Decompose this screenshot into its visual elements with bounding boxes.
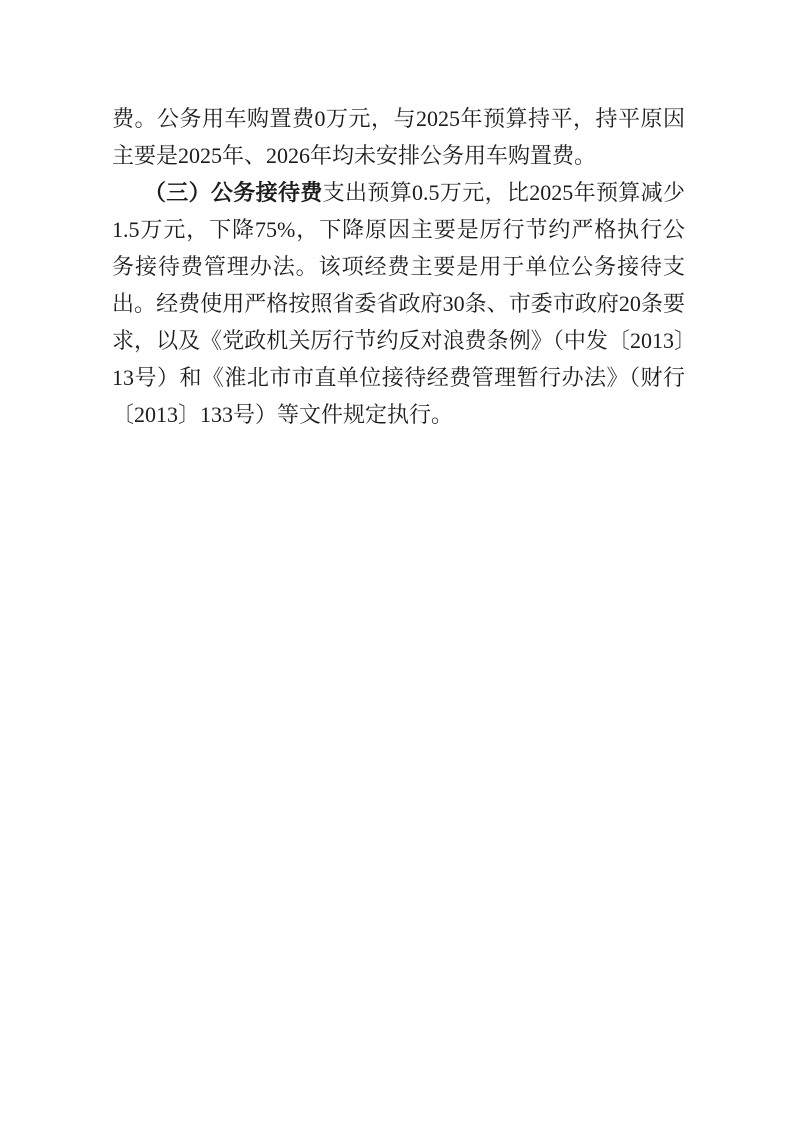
paragraph-vehicle-purchase-continuation: 费。公务用车购置费0万元，与2025年预算持平，持平原因主要是2025年、202… bbox=[112, 100, 685, 174]
section-heading-inline: （三）公务接待费 bbox=[144, 180, 323, 205]
paragraph-text: 费。公务用车购置费0万元，与2025年预算持平，持平原因主要是2025年、202… bbox=[112, 106, 685, 168]
paragraph-official-hospitality-expenses: （三）公务接待费支出预算0.5万元，比2025年预算减少1.5万元，下降75%，… bbox=[112, 174, 685, 433]
document-page: 费。公务用车购置费0万元，与2025年预算持平，持平原因主要是2025年、202… bbox=[0, 0, 793, 1122]
paragraph-text: 支出预算0.5万元，比2025年预算减少1.5万元，下降75%，下降原因主要是厉… bbox=[112, 180, 685, 427]
